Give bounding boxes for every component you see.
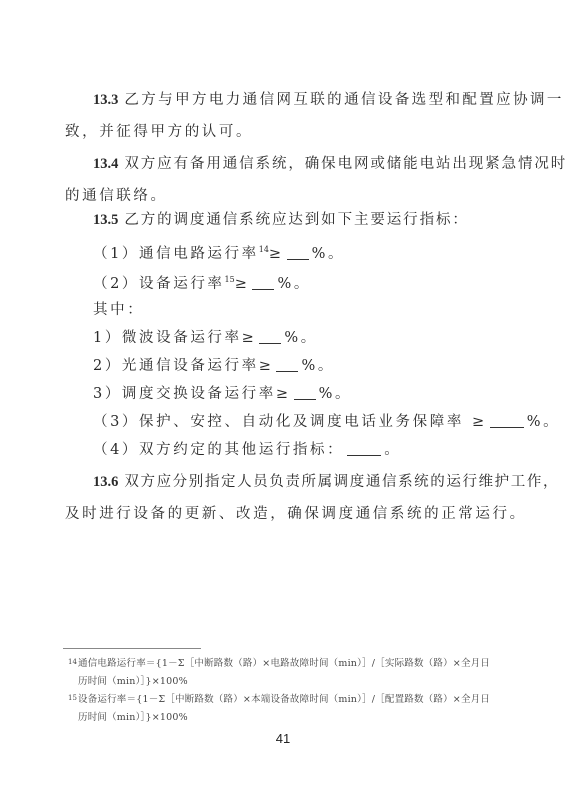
item-label: （3）保护、安控、自动化及调度电话业务保障率 [93,414,464,430]
item-label: 2）光通信设备运行率 [93,358,259,374]
unit: %。 [312,246,345,262]
clause-13-4-line-2: 的通信联络。 [65,186,507,206]
item-label: （2）设备运行率 [93,276,225,292]
item-label: （1）通信电路运行率 [93,246,259,262]
footnote-14-line-2: 历时间（min）］}×100% [78,673,510,691]
clause-number: 13.5 [93,212,118,228]
unit: %。 [277,276,310,292]
operator: ≥ [242,330,257,346]
item-3-protection-rate: （3）保护、安控、自动化及调度电话业务保障率≥%。 [93,412,535,432]
clause-text: 双方应分别指定人员负责所属调度通信系统的运行维护工作， [124,474,559,490]
clause-13-4-line-1: 13.4双方应有备用通信系统，确保电网或储能电站出现紧急情况时 [93,154,535,174]
unit: %。 [319,386,352,402]
unit: %。 [301,358,334,374]
fill-blank[interactable] [287,245,309,260]
item-4-other-indicators: （4）双方约定的其他运行指标：。 [93,440,535,460]
footnote-15-line-2: 历时间（min）］}×100% [78,709,510,727]
fill-blank[interactable] [252,275,274,290]
subitem-1-microwave: 1）微波设备运行率≥%。 [93,328,535,348]
item-label: 1）微波设备运行率 [93,330,242,346]
subitem-2-optical: 2）光通信设备运行率≥%。 [93,356,535,376]
clause-13-3-line-2: 致，并征得甲方的认可。 [65,122,507,142]
unit: %。 [284,330,317,346]
clause-text: 乙方与甲方电力通信网互联的通信设备选型和配置应协调一 [124,92,563,108]
footnote-divider [63,648,201,649]
footnote-15-mark: 15 [68,694,77,702]
footnote-ref: 14 [259,245,269,254]
unit: %。 [527,414,560,430]
clause-text: 双方应有备用通信系统，确保电网或储能电站出现紧急情况时 [124,156,566,172]
fill-blank[interactable] [276,357,298,372]
fill-blank[interactable] [259,329,281,344]
operator: ≥ [269,246,284,262]
footnote-14-mark: 14 [68,658,77,666]
clause-13-6-line-1: 13.6双方应分别指定人员负责所属调度通信系统的运行维护工作， [93,472,535,492]
item-label: 3）调度交换设备运行率 [93,386,276,402]
item-2-equipment-rate: （2）设备运行率15≥%。 [93,270,535,294]
footnote-14-line-1: 通信电路运行率＝{1－Σ［中断路数（路）×电路故障时间（min）］/［实际路数（… [78,655,510,673]
fill-blank[interactable] [490,413,524,428]
item-label: （4）双方约定的其他运行指标： [93,442,344,458]
operator: ≥ [259,358,274,374]
clause-number: 13.6 [93,474,118,490]
unit: 。 [384,442,401,458]
among-label: 其中： [93,300,535,320]
footnote-15-line-1: 设备运行率＝{1－Σ［中断路数（路）×本端设备故障时间（min）］/［配置路数（… [78,691,510,709]
footnote-ref: 15 [225,275,235,284]
item-1-circuit-rate: （1）通信电路运行率14≥%。 [93,240,535,264]
subitem-3-switching: 3）调度交换设备运行率≥%。 [93,384,535,404]
clause-13-3-line-1: 13.3乙方与甲方电力通信网互联的通信设备选型和配置应协调一 [93,90,535,110]
clause-13-5-line-1: 13.5乙方的调度通信系统应达到如下主要运行指标： [93,210,535,230]
clause-number: 13.4 [93,156,118,172]
page-number: 41 [0,731,566,746]
clause-13-6-line-2: 及时进行设备的更新、改造，确保调度通信系统的正常运行。 [65,504,507,524]
operator: ≥ [276,386,291,402]
fill-blank[interactable] [294,385,316,400]
operator: ≥ [472,414,487,430]
document-page: 13.3乙方与甲方电力通信网互联的通信设备选型和配置应协调一 致，并征得甲方的认… [0,0,566,800]
clause-number: 13.3 [93,92,118,108]
clause-text: 乙方的调度通信系统应达到如下主要运行指标： [124,212,468,228]
operator: ≥ [235,276,250,292]
fill-blank[interactable] [347,441,381,456]
